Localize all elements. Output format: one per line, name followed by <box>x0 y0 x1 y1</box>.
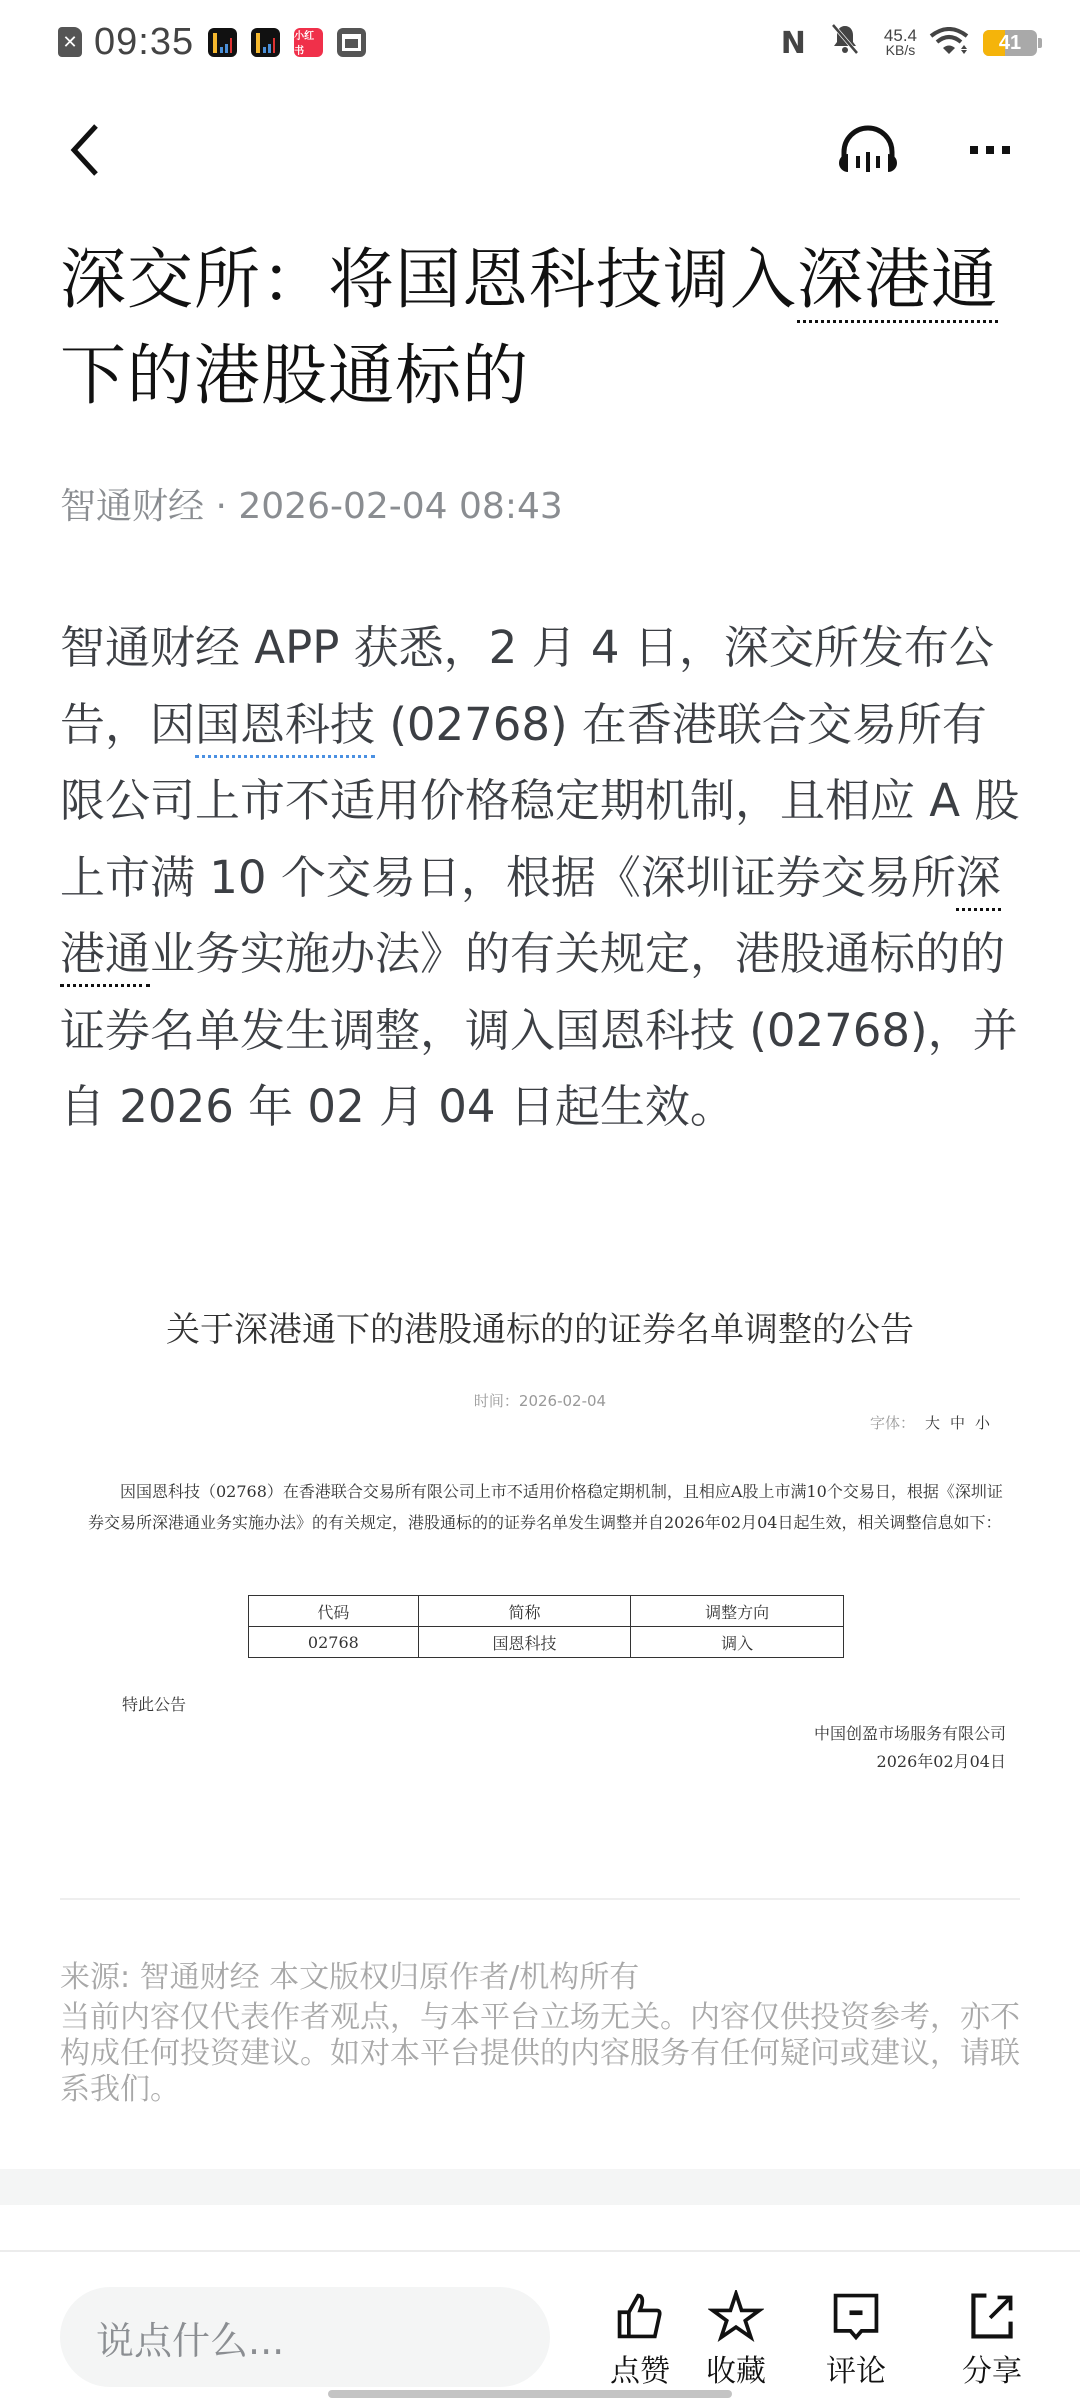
more-dot <box>986 146 994 154</box>
title-text: 下的港股通标的 <box>60 337 529 414</box>
table-row: 02768 国恩科技 调入 <box>249 1627 844 1658</box>
share-label: 分享 <box>962 2346 1022 2390</box>
source-line: 来源: 智通财经 本文版权归原作者/机构所有 <box>60 1958 639 1998</box>
top-nav <box>0 100 1080 200</box>
notice-org: 中国创盈市场服务有限公司 <box>814 1720 1006 1748</box>
favorite-label: 收藏 <box>706 2346 766 2390</box>
notice-table: 代码 简称 调整方向 02768 国恩科技 调入 <box>248 1595 844 1658</box>
listen-button[interactable] <box>836 122 900 178</box>
more-button[interactable] <box>960 122 1020 178</box>
notice-closing: 特此公告 <box>122 1692 186 1715</box>
article-source[interactable]: 智通财经 <box>60 486 204 527</box>
favorite-button[interactable]: 收藏 <box>696 2290 776 2390</box>
font-large: 大 <box>925 1414 940 1432</box>
company-link[interactable]: 国恩科技 <box>195 698 375 758</box>
more-dots-icon <box>970 146 978 154</box>
table-cell: 02768 <box>249 1627 419 1658</box>
font-medium: 中 <box>950 1414 965 1432</box>
stock-chart-app-icon <box>208 28 237 57</box>
table-header-row: 代码 简称 调整方向 <box>249 1596 844 1627</box>
comment-button[interactable]: 评论 <box>816 2290 896 2390</box>
disclaimer: 当前内容仅代表作者观点，与本平台立场无关。内容仅供投资参考，亦不构成任何投资建议… <box>60 2000 1022 2108</box>
notice-image[interactable]: 关于深港通下的港股通标的的证券名单调整的公告 时间：2026-02-04 字体：… <box>60 1280 1020 1800</box>
table-header: 简称 <box>418 1596 631 1627</box>
comment-input[interactable]: 说点什么... <box>60 2287 550 2387</box>
notice-font-size: 字体：大中小 <box>870 1412 990 1433</box>
article-body: 智通财经 APP 获悉，2 月 4 日，深交所发布公告，因国恩科技 (02768… <box>60 610 1030 1146</box>
table-header: 代码 <box>249 1596 419 1627</box>
chevron-left-icon <box>60 120 120 180</box>
comment-icon <box>828 2290 884 2342</box>
battery-indicator: 41 <box>983 30 1037 56</box>
font-size-label: 字体： <box>870 1414 915 1432</box>
sim-error-icon: ✕ <box>58 27 82 57</box>
star-icon <box>708 2290 764 2342</box>
article-datetime: 2026-02-04 08:43 <box>238 486 562 527</box>
status-bar: ✕ 09:35 小红书 N 45.4 KB/s 41 <box>0 0 1080 84</box>
bell-muted-icon <box>830 23 860 63</box>
wifi-icon <box>929 27 969 59</box>
status-bar-left: ✕ 09:35 小红书 <box>58 20 380 64</box>
home-indicator[interactable] <box>328 2390 732 2398</box>
bottom-bar-border <box>0 2250 1080 2252</box>
notice-date: 2026年02月04日 <box>814 1748 1006 1776</box>
comment-label: 评论 <box>826 2346 886 2390</box>
notice-signature: 中国创盈市场服务有限公司 2026年02月04日 <box>814 1720 1006 1776</box>
headphones-icon <box>836 122 900 178</box>
share-button[interactable]: 分享 <box>952 2290 1032 2390</box>
thumbs-up-icon <box>612 2290 668 2342</box>
divider <box>60 1898 1020 1900</box>
share-icon <box>964 2290 1020 2342</box>
mail-app-icon <box>337 28 366 57</box>
like-button[interactable]: 点赞 <box>600 2290 680 2390</box>
article-title: 深交所：将国恩科技调入深港通下的港股通标的 <box>60 232 1020 424</box>
more-dot <box>1002 146 1010 154</box>
notice-paragraph: 因国恩科技（02768）在香港联合交易所有限公司上市不适用价格稳定期机制，且相应… <box>88 1476 1018 1538</box>
meta-separator: · <box>204 486 238 527</box>
notice-time: 时间：2026-02-04 <box>60 1390 1020 1411</box>
body-text: 业务实施办法》的有关规定，港股通标的的证券名单发生调整，调入国恩科技 (0276… <box>60 927 1018 1133</box>
network-speed: 45.4 KB/s <box>884 28 917 58</box>
like-label: 点赞 <box>610 2346 670 2390</box>
xiaohongshu-app-icon: 小红书 <box>294 28 323 57</box>
table-cell: 调入 <box>631 1627 844 1658</box>
article-meta: 智通财经 · 2026-02-04 08:43 <box>60 478 563 529</box>
nfc-icon: N <box>781 26 806 61</box>
status-bar-right: N 45.4 KB/s 41 <box>781 22 1042 64</box>
clock: 09:35 <box>94 21 194 64</box>
section-separator <box>0 2169 1080 2205</box>
battery-tip <box>1038 38 1042 48</box>
notice-title: 关于深港通下的港股通标的的证券名单调整的公告 <box>60 1302 1020 1351</box>
stock-chart-app-icon <box>251 28 280 57</box>
table-cell: 国恩科技 <box>418 1627 631 1658</box>
font-small: 小 <box>975 1414 990 1432</box>
table-header: 调整方向 <box>631 1596 844 1627</box>
title-term-link[interactable]: 深港通 <box>797 241 998 323</box>
title-text: 深交所：将国恩科技调入 <box>60 241 797 318</box>
back-button[interactable] <box>60 120 120 180</box>
